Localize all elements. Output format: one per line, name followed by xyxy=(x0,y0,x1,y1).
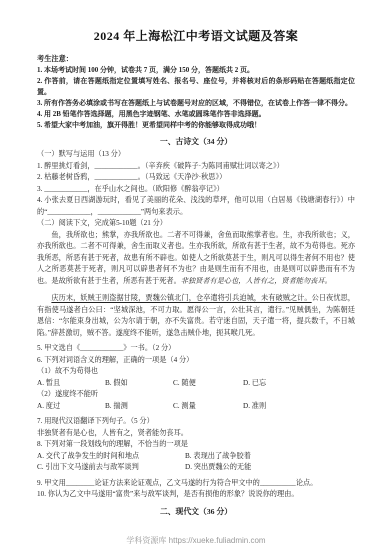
dictation-question-4: 4. 小张去夏日西湖游玩时，看见了美丽的花朵、浅浅的草坪，他可以用（白居易《钱塘… xyxy=(37,195,355,218)
dictation-question-1: 1. 醉里挑灯看剑，____________。（辛弃疾《破阵子·为陈同甫赋壮词以… xyxy=(37,161,355,173)
option-c: C. 测量 xyxy=(173,401,243,413)
option-d: D. 突出贾魏公的无能 xyxy=(185,462,355,474)
question-6-sub2-stem: （2）遂度终不能听 xyxy=(37,389,355,401)
question-9: 9. 甲文用________论证方法来论证观点，乙文马遂的行为符合甲文中的___… xyxy=(37,478,355,490)
exam-paper-page: 2024 年上海松江中考语文试题及答案 考生注意： 1. 本场考试时间 100 … xyxy=(0,0,389,546)
option-a: A. 暂且 xyxy=(37,378,105,390)
section-modern-heading: 二、现代文（36 分） xyxy=(37,506,355,518)
option-c: C. 引出下文马遂前去与敌军谈判 xyxy=(37,462,185,474)
dictation-question-2: 2. 枯藤老树昏鸦，____________。（马致远《天净沙·秋思》） xyxy=(37,172,355,184)
passage-jia: 鱼，我所欲也；熊掌，亦我所欲也。二者不可得兼，舍鱼而取熊掌者也。生，亦我所欲也；… xyxy=(37,230,355,288)
watermark-text: 学科资源库 https://xueke.fuliadmin.com xyxy=(37,535,355,546)
page-title: 2024 年上海松江中考语文试题及答案 xyxy=(37,27,355,44)
notice-item: 5. 希望大家中考加油，旗开得胜！更希望同样中考的你能够取得成功哦！ xyxy=(37,120,355,131)
question-8-stem: 8. 下列对第一段划线句的理解，不恰当的一项是 xyxy=(37,439,355,451)
option-c: C. 随便 xyxy=(173,378,243,390)
option-a: A. 交代了战争发生的时间和地点 xyxy=(37,451,185,463)
question-8-options-row2: C. 引出下文马遂前去与敌军谈判 D. 突出贾魏公的无能 xyxy=(37,462,355,474)
option-d: D. 准则 xyxy=(243,401,355,413)
question-6-sub1-stem: （1）故不为苟得也 xyxy=(37,366,355,378)
option-d: D. 已忘 xyxy=(243,378,355,390)
passage-yi-underlined-sentence: 庆历末，妖贼王则盗据甘陵，贾魏公镇北门，仓卒遣将引兵迫城，未有破贼之计。 xyxy=(51,294,311,302)
notice-item: 1. 本场考试时间 100 分钟，试卷共 7 页，满分 150 分，答题纸共 2… xyxy=(37,65,355,76)
part-two-heading: （二）阅读下文，完成第5-10题（21 分） xyxy=(37,218,355,230)
section-ancient-heading: 一、古诗文（34 分） xyxy=(37,136,355,148)
notice-block: 考生注意： 1. 本场考试时间 100 分钟，试卷共 7 页，满分 150 分，… xyxy=(37,54,355,131)
passage-jia-emphasis: 非独贤者有是心也，人皆有之，贤者能勿丧耳。 xyxy=(181,277,332,285)
part-one-heading: （一）默写与运用（13 分） xyxy=(37,149,355,161)
notice-item: 2. 作答前，请在答题纸指定位置填写姓名、报名号、座位号，并将核对后的条形码贴在… xyxy=(37,76,355,98)
dictation-question-3: 3. ____________，在乎山水之间也。（欧阳修《醉翁亭记》） xyxy=(37,184,355,196)
question-7-sentence: 非独贤者有是心也，人皆有之，贤者能勿丧耳。 xyxy=(37,428,355,440)
question-6-sub1-options: A. 暂且 B. 假如 C. 随便 D. 已忘 xyxy=(37,378,355,390)
question-8-options-row1: A. 交代了战争发生的时间和地点 B. 表现出了战争胶着 xyxy=(37,451,355,463)
notice-item: 4. 用 2B 铅笔作答选择题，用黑色字迹钢笔、水笔或圆珠笔作答非选择题。 xyxy=(37,109,355,120)
question-5: 5. 甲文选自《____________》一书。（2 分） xyxy=(37,343,355,355)
option-b: B. 假如 xyxy=(105,378,173,390)
question-7-stem: 7. 用现代汉语翻译下列句子。（5 分） xyxy=(37,416,355,428)
question-6-stem: 6. 下列对词语含义的理解，正确的一项是（4 分） xyxy=(37,355,355,367)
passage-yi: 庆历末，妖贼王则盗据甘陵，贾魏公镇北门，仓卒遣将引兵迫城，未有破贼之计。公日夜忧… xyxy=(37,293,355,339)
question-10: 10. 你认为乙文中马遂用“富贵”来与敌军谈判，是否有损他的形象？说说你的理由。 xyxy=(37,489,355,501)
question-6-sub2-options: A. 度过 B. 揣测 C. 测量 D. 准则 xyxy=(37,401,355,413)
option-b: B. 表现出了战争胶着 xyxy=(185,451,355,463)
option-a: A. 度过 xyxy=(37,401,105,413)
option-b: B. 揣测 xyxy=(105,401,173,413)
notice-heading: 考生注意： xyxy=(37,54,355,65)
notice-item: 3. 所有作答务必填涂或书写在答题纸上与试卷题号对应的区域，不得错位，在试卷上作… xyxy=(37,98,355,109)
